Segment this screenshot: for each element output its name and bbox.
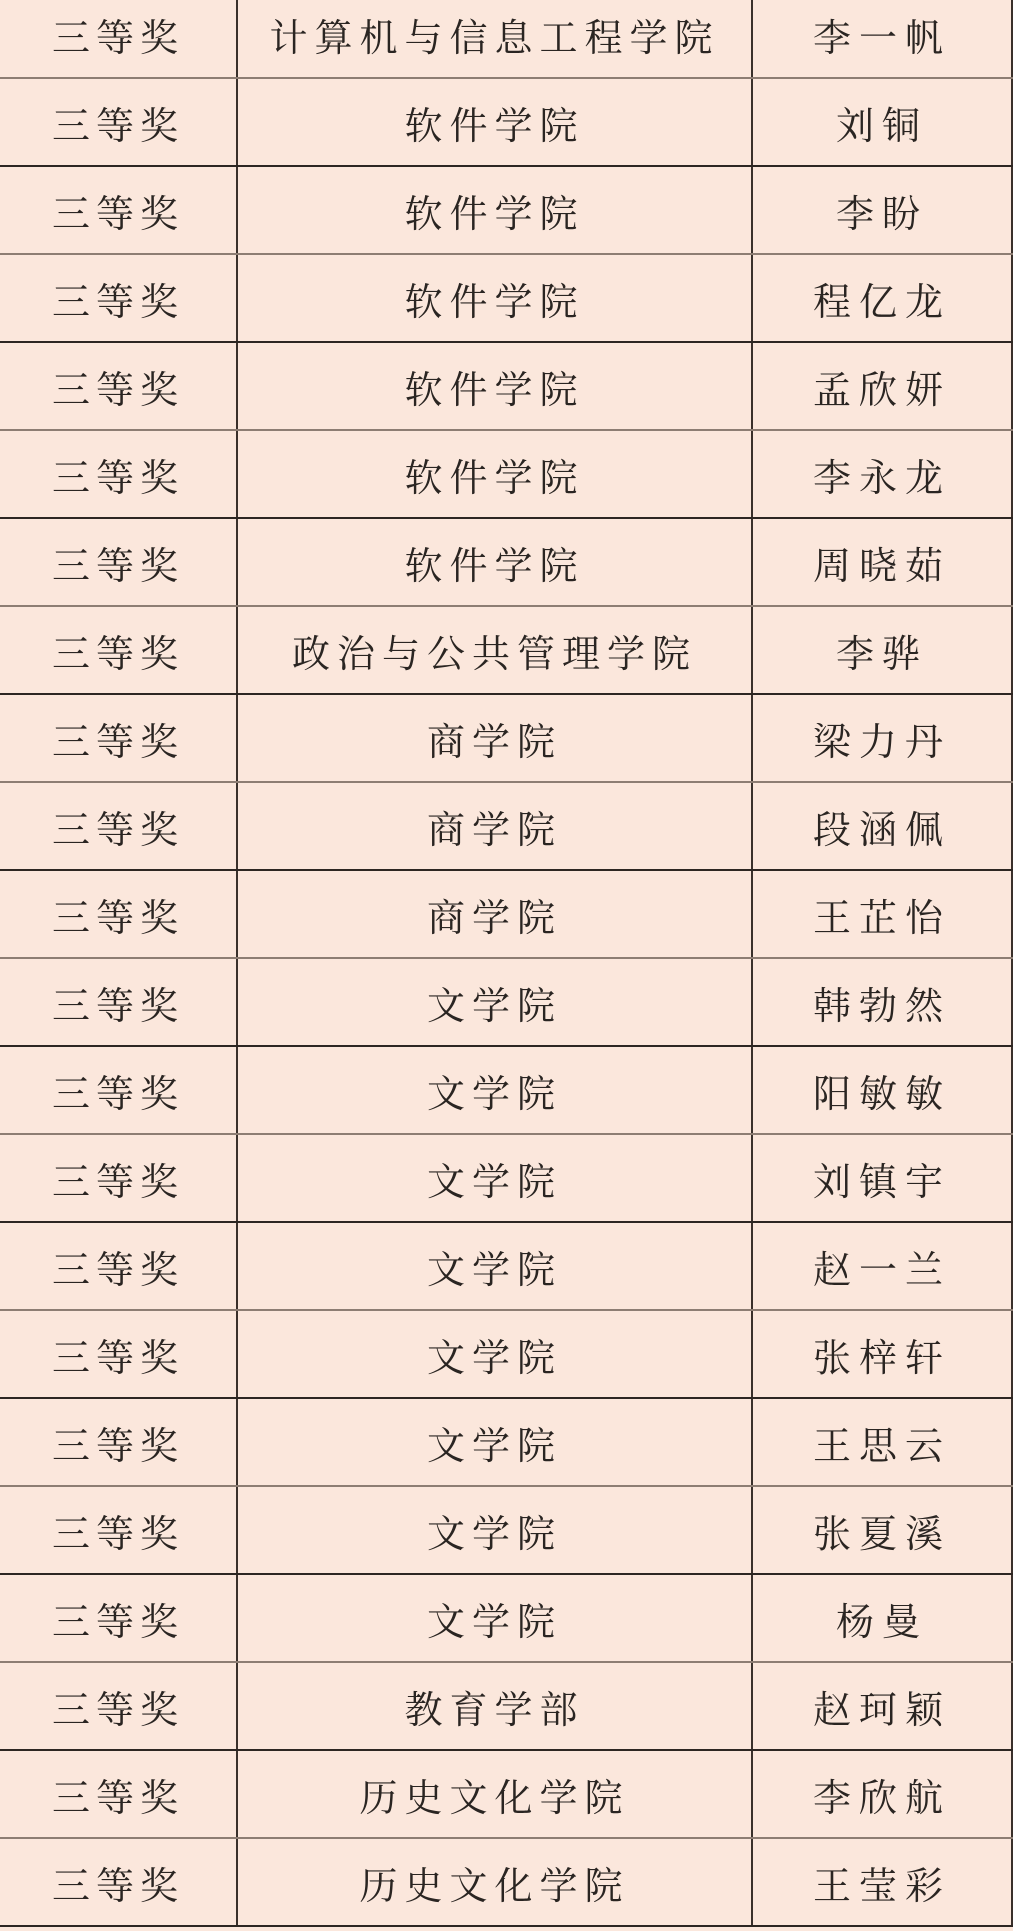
college-cell: 历史文化学院 <box>237 1838 752 1926</box>
table-row: 三等奖软件学院李永龙 <box>0 430 1012 518</box>
college-cell: 软件学院 <box>237 342 752 430</box>
table-row: 三等奖文学院王思云 <box>0 1398 1012 1486</box>
college-cell: 计算机与信息工程学院 <box>237 0 752 78</box>
name-cell: 杨曼 <box>752 1574 1012 1662</box>
table-row: 三等奖文学院韩勃然 <box>0 958 1012 1046</box>
college-cell: 软件学院 <box>237 166 752 254</box>
table-row: 三等奖文学院张梓轩 <box>0 1310 1012 1398</box>
college-cell: 软件学院 <box>237 518 752 606</box>
name-cell: 赵一兰 <box>752 1222 1012 1310</box>
table-row: 三等奖商学院王芷怡 <box>0 870 1012 958</box>
name-cell: 梁力丹 <box>752 694 1012 782</box>
college-cell: 文学院 <box>237 1222 752 1310</box>
college-cell: 文学院 <box>237 1310 752 1398</box>
award-cell: 三等奖 <box>0 342 237 430</box>
college-cell: 教育学部 <box>237 1662 752 1750</box>
table-row: 三等奖文学院张夏溪 <box>0 1486 1012 1574</box>
table-row: 三等奖软件学院程亿龙 <box>0 254 1012 342</box>
college-cell: 软件学院 <box>237 254 752 342</box>
name-cell: 王思云 <box>752 1398 1012 1486</box>
table-row: 三等奖历史文化学院王莹彩 <box>0 1838 1012 1926</box>
name-cell: 李骅 <box>752 606 1012 694</box>
table-row: 三等奖文学院赵一兰 <box>0 1222 1012 1310</box>
name-cell: 李一帆 <box>752 0 1012 78</box>
table-row: 三等奖商学院段涵佩 <box>0 782 1012 870</box>
name-cell: 王芷怡 <box>752 870 1012 958</box>
table-row: 三等奖软件学院李盼 <box>0 166 1012 254</box>
award-cell: 三等奖 <box>0 606 237 694</box>
table-row: 三等奖软件学院周晓茹 <box>0 518 1012 606</box>
name-cell: 阳敏敏 <box>752 1046 1012 1134</box>
college-cell: 文学院 <box>237 1134 752 1222</box>
award-cell: 三等奖 <box>0 166 237 254</box>
award-cell: 三等奖 <box>0 0 237 78</box>
award-cell: 三等奖 <box>0 1222 237 1310</box>
college-cell: 文学院 <box>237 1398 752 1486</box>
name-cell: 段涵佩 <box>752 782 1012 870</box>
college-cell: 文学院 <box>237 1486 752 1574</box>
table-row: 三等奖软件学院孟欣妍 <box>0 342 1012 430</box>
award-cell: 三等奖 <box>0 1046 237 1134</box>
award-cell: 三等奖 <box>0 1662 237 1750</box>
name-cell: 李盼 <box>752 166 1012 254</box>
award-cell: 三等奖 <box>0 694 237 782</box>
award-list-table-container: 三等奖计算机与信息工程学院李一帆 三等奖软件学院刘铜 三等奖软件学院李盼 三等奖… <box>0 0 1012 1927</box>
award-cell: 三等奖 <box>0 870 237 958</box>
award-rows: 三等奖计算机与信息工程学院李一帆 三等奖软件学院刘铜 三等奖软件学院李盼 三等奖… <box>0 0 1012 1926</box>
college-cell: 文学院 <box>237 1046 752 1134</box>
name-cell: 刘镇宇 <box>752 1134 1012 1222</box>
name-cell: 张梓轩 <box>752 1310 1012 1398</box>
award-list-table: 三等奖计算机与信息工程学院李一帆 三等奖软件学院刘铜 三等奖软件学院李盼 三等奖… <box>0 0 1013 1927</box>
name-cell: 程亿龙 <box>752 254 1012 342</box>
table-row: 三等奖历史文化学院李欣航 <box>0 1750 1012 1838</box>
name-cell: 王莹彩 <box>752 1838 1012 1926</box>
award-cell: 三等奖 <box>0 1838 237 1926</box>
college-cell: 商学院 <box>237 870 752 958</box>
table-row: 三等奖文学院杨曼 <box>0 1574 1012 1662</box>
name-cell: 孟欣妍 <box>752 342 1012 430</box>
college-cell: 软件学院 <box>237 430 752 518</box>
table-row: 三等奖教育学部赵珂颖 <box>0 1662 1012 1750</box>
award-cell: 三等奖 <box>0 782 237 870</box>
name-cell: 韩勃然 <box>752 958 1012 1046</box>
college-cell: 文学院 <box>237 958 752 1046</box>
award-cell: 三等奖 <box>0 518 237 606</box>
name-cell: 周晓茹 <box>752 518 1012 606</box>
award-cell: 三等奖 <box>0 1486 237 1574</box>
college-cell: 文学院 <box>237 1574 752 1662</box>
table-row: 三等奖计算机与信息工程学院李一帆 <box>0 0 1012 78</box>
college-cell: 政治与公共管理学院 <box>237 606 752 694</box>
name-cell: 张夏溪 <box>752 1486 1012 1574</box>
table-row: 三等奖文学院刘镇宇 <box>0 1134 1012 1222</box>
college-cell: 商学院 <box>237 782 752 870</box>
name-cell: 刘铜 <box>752 78 1012 166</box>
award-cell: 三等奖 <box>0 1574 237 1662</box>
table-row: 三等奖软件学院刘铜 <box>0 78 1012 166</box>
table-row: 三等奖商学院梁力丹 <box>0 694 1012 782</box>
college-cell: 软件学院 <box>237 78 752 166</box>
award-cell: 三等奖 <box>0 254 237 342</box>
award-cell: 三等奖 <box>0 1310 237 1398</box>
table-row: 三等奖政治与公共管理学院李骅 <box>0 606 1012 694</box>
award-cell: 三等奖 <box>0 430 237 518</box>
college-cell: 商学院 <box>237 694 752 782</box>
award-cell: 三等奖 <box>0 1750 237 1838</box>
name-cell: 李永龙 <box>752 430 1012 518</box>
award-cell: 三等奖 <box>0 78 237 166</box>
award-cell: 三等奖 <box>0 1398 237 1486</box>
table-row: 三等奖文学院阳敏敏 <box>0 1046 1012 1134</box>
college-cell: 历史文化学院 <box>237 1750 752 1838</box>
name-cell: 赵珂颖 <box>752 1662 1012 1750</box>
award-cell: 三等奖 <box>0 958 237 1046</box>
name-cell: 李欣航 <box>752 1750 1012 1838</box>
award-cell: 三等奖 <box>0 1134 237 1222</box>
